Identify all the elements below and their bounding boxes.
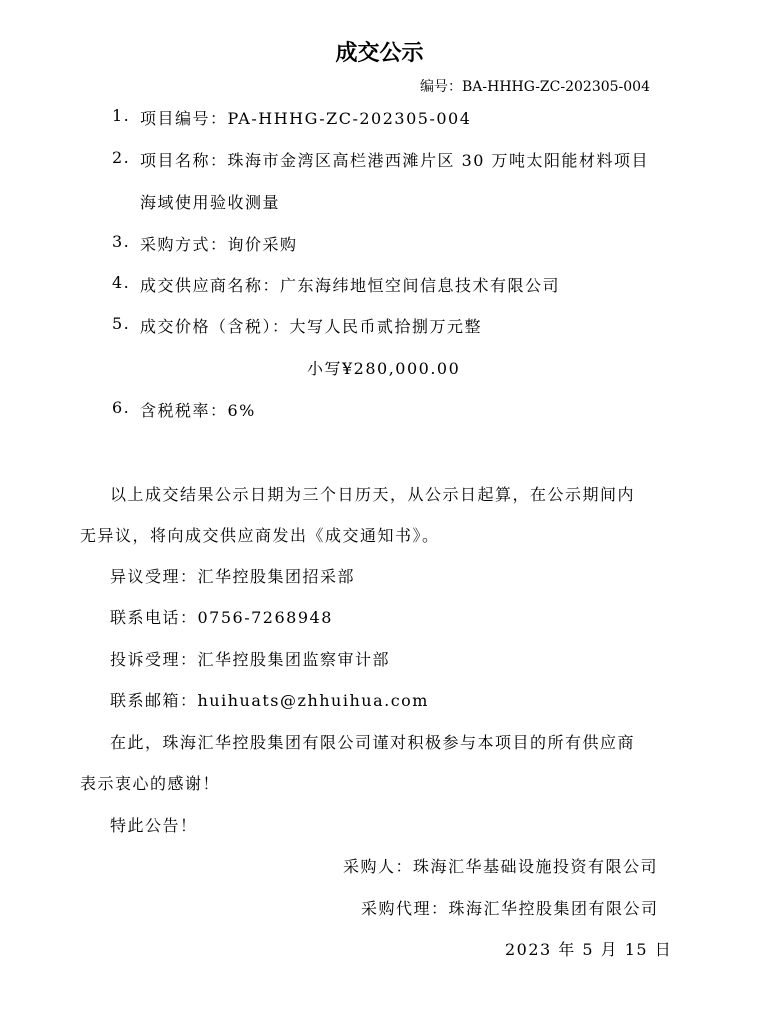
document-title: 成交公示	[0, 36, 759, 67]
agent-signature: 采购代理：珠海汇华控股集团有限公司	[361, 896, 659, 919]
item-2-text: 项目名称：珠海市金湾区高栏港西滩片区 30 万吨太阳能材料项目	[140, 148, 649, 171]
closing-statement: 特此公告！	[110, 813, 198, 836]
purchaser-signature: 采购人：珠海汇华基础设施投资有限公司	[343, 854, 658, 877]
phone-contact: 联系电话：0756-7268948	[110, 605, 333, 628]
objection-contact: 异议受理：汇华控股集团招采部	[110, 564, 355, 587]
item-1-text: 项目编号：PA-HHHG-ZC-202305-004	[140, 106, 471, 129]
item-5-number: 5.	[112, 314, 130, 333]
announcement-date: 2023 年 5 月 15 日	[505, 937, 672, 960]
item-4-text: 成交供应商名称：广东海纬地恒空间信息技术有限公司	[140, 273, 560, 296]
item-3-text: 采购方式：询价采购	[140, 232, 298, 255]
item-5-continuation: 小写¥280,000.00	[307, 356, 460, 379]
item-6-number: 6.	[112, 398, 130, 417]
item-5-text: 成交价格（含税）：大写人民币贰拾捌万元整	[140, 314, 482, 337]
notice-paragraph-line2: 无异议，将向成交供应商发出《成交通知书》。	[80, 523, 440, 546]
item-2-continuation: 海域使用验收测量	[140, 190, 280, 213]
email-contact: 联系邮箱：huihuats@zhhuihua.com	[110, 688, 429, 711]
thanks-line1: 在此，珠海汇华控股集团有限公司谨对积极参与本项目的所有供应商	[110, 730, 635, 753]
item-3-number: 3.	[112, 232, 130, 251]
item-4-number: 4.	[112, 273, 130, 292]
thanks-line2: 表示衷心的感谢！	[80, 771, 220, 794]
notice-paragraph-line1: 以上成交结果公示日期为三个日历天，从公示日起算，在公示期间内	[110, 482, 635, 505]
document-number: 编号：BA-HHHG-ZC-202305-004	[420, 76, 650, 96]
item-1-number: 1.	[112, 106, 130, 125]
item-6-text: 含税税率：6%	[140, 398, 256, 421]
item-2-number: 2.	[112, 148, 130, 167]
complaint-contact: 投诉受理：汇华控股集团监察审计部	[110, 647, 390, 670]
